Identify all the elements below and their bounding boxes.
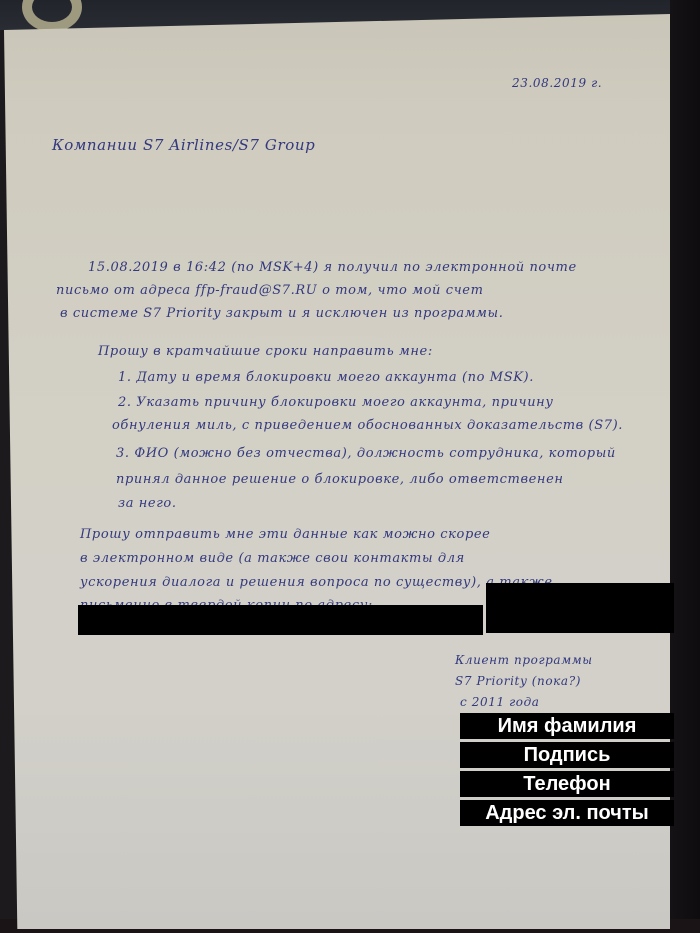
closing-line: Прошу отправить мне эти данные как можно… bbox=[80, 527, 490, 542]
request-item-1: 1. Дату и время блокировки моего аккаунт… bbox=[118, 370, 534, 385]
request-item-2: 2. Указать причину блокировки моего акка… bbox=[118, 395, 553, 410]
body-line: 15.08.2019 в 16:42 (по MSK+4) я получил … bbox=[88, 260, 577, 275]
letter-recipient: Компании S7 Airlines/S7 Group bbox=[52, 136, 315, 154]
request-item-3: 3. ФИО (можно без отчества), должность с… bbox=[116, 446, 616, 461]
closing-line: ускорения диалога и решения вопроса по с… bbox=[80, 575, 553, 590]
redacted-address-2 bbox=[486, 583, 674, 633]
closing-line: в электронном виде (а также свои контакт… bbox=[80, 551, 465, 566]
redaction-label-signature: Подпись bbox=[460, 742, 674, 768]
redaction-label-name: Имя фамилия bbox=[460, 713, 674, 739]
request-item-3-end: за него. bbox=[118, 496, 177, 511]
body-line: в системе S7 Priority закрыт и я исключе… bbox=[60, 306, 503, 321]
redacted-address bbox=[78, 605, 483, 635]
body-line: письмо от адреса ffp-fraud@S7.RU о том, … bbox=[56, 283, 484, 298]
letter-date: 23.08.2019 г. bbox=[512, 76, 602, 90]
request-item-3-cont: принял данное решение о блокировке, либо… bbox=[116, 472, 564, 487]
background-right bbox=[670, 0, 700, 933]
redaction-label-phone: Телефон bbox=[460, 771, 674, 797]
signature-line: с 2011 года bbox=[460, 695, 540, 709]
request-intro: Прошу в кратчайшие сроки направить мне: bbox=[98, 344, 433, 359]
redaction-label-email: Адрес эл. почты bbox=[460, 800, 674, 826]
signature-line: S7 Priority (пока?) bbox=[455, 674, 581, 688]
signature-line: Клиент программы bbox=[455, 653, 593, 667]
request-item-2-cont: обнуления миль, с приведением обоснованн… bbox=[112, 418, 623, 433]
